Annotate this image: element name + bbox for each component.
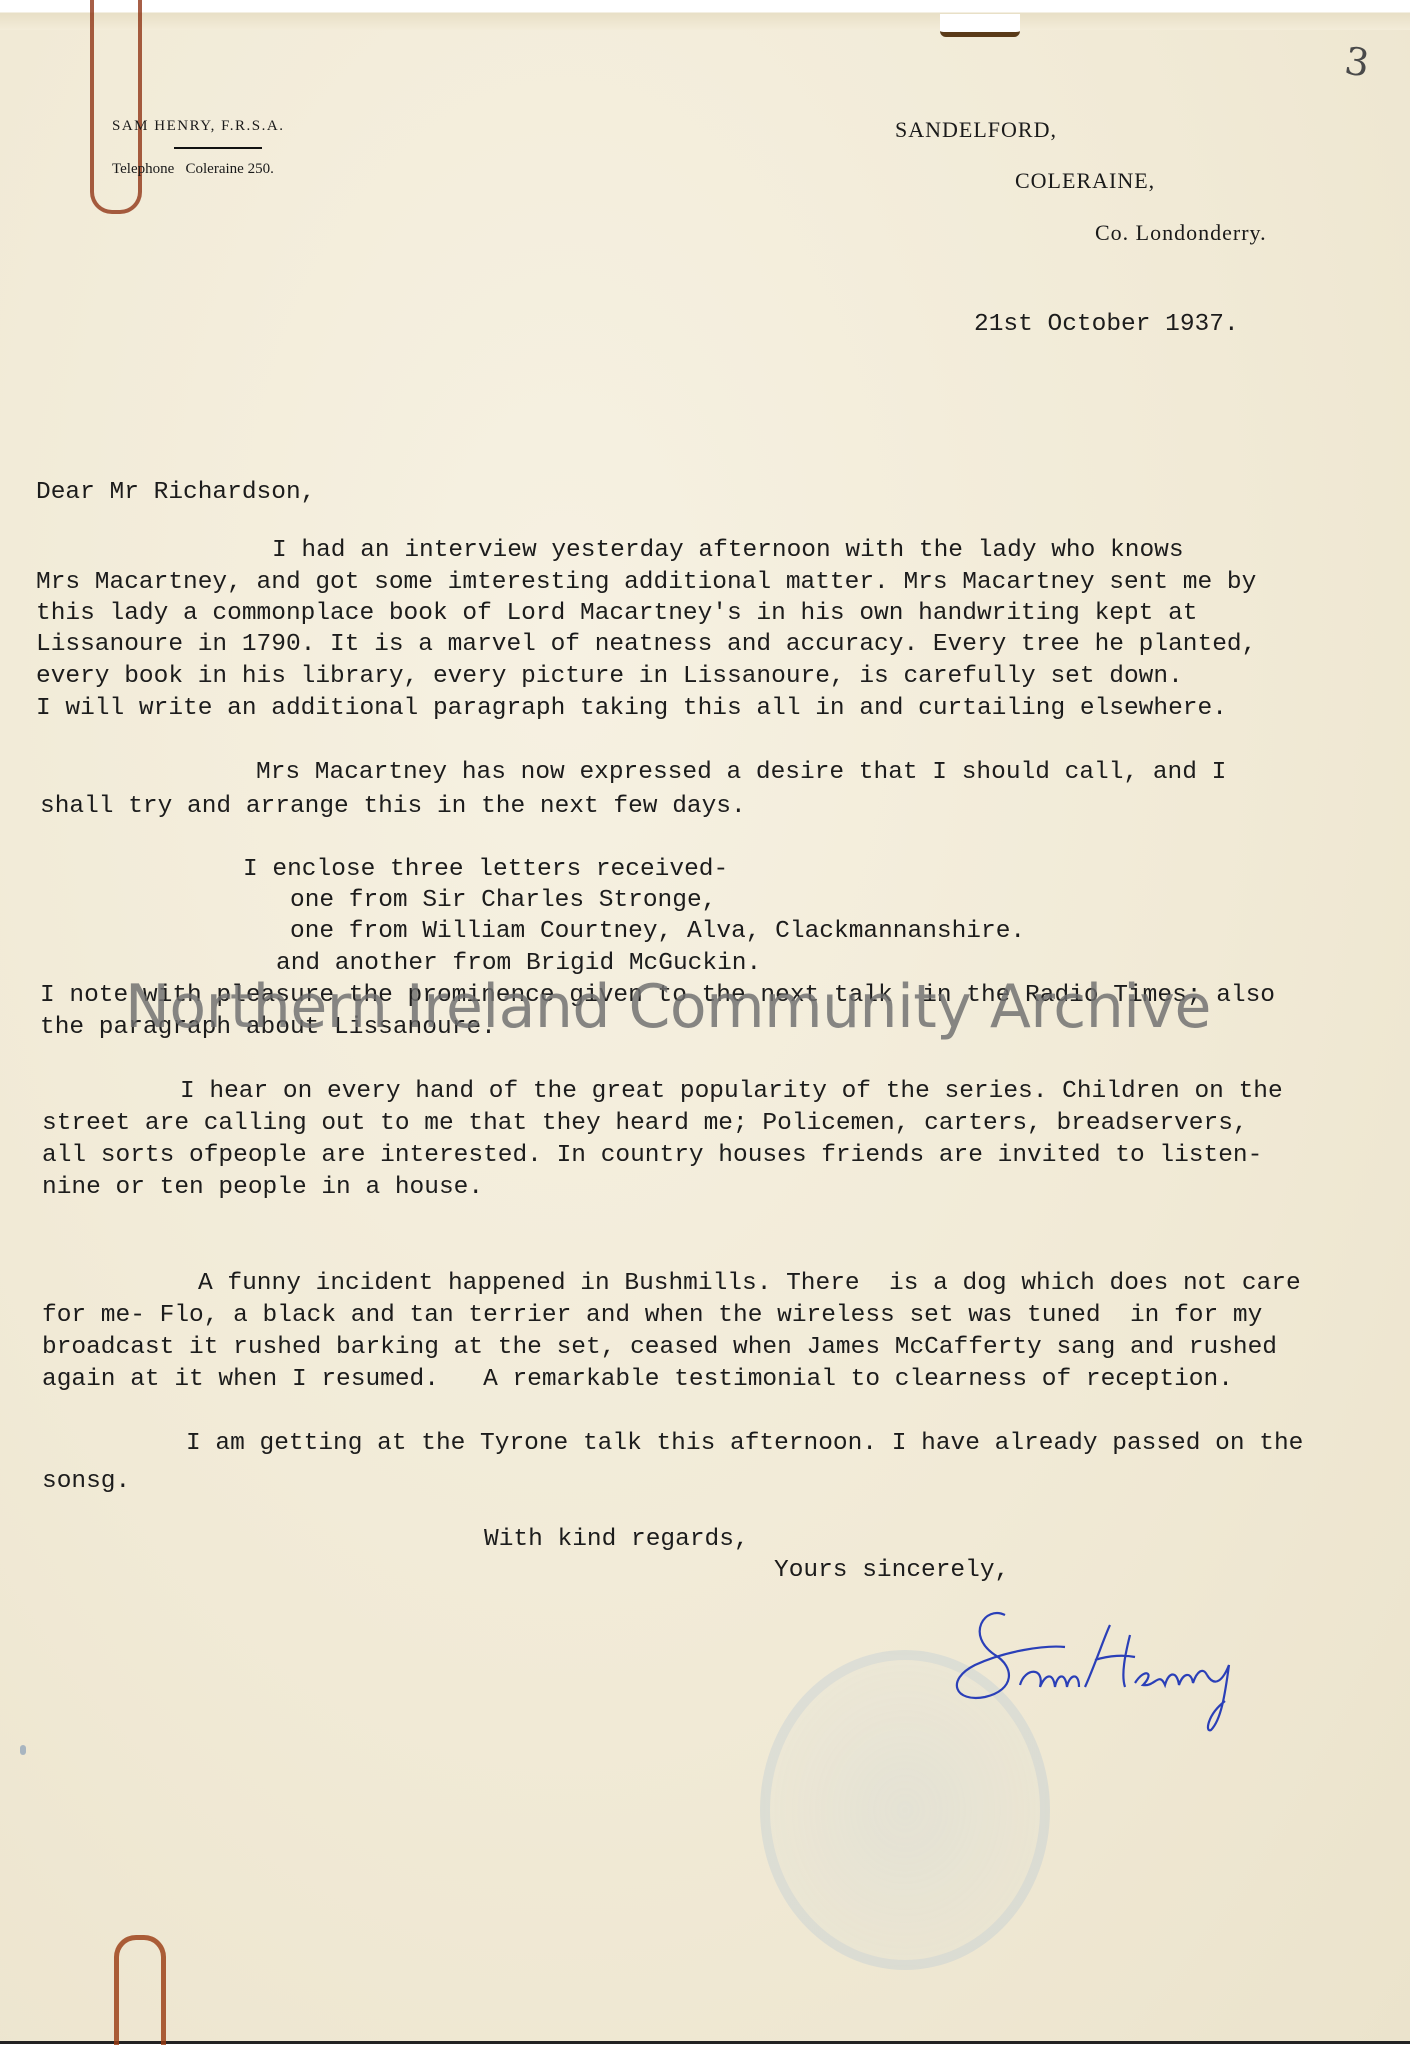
address-line-2: COLERAINE, [1015,168,1155,194]
text-line: for me- Flo, a black and tan terrier and… [42,1300,1262,1331]
text-line: again at it when I resumed. A remarkable… [42,1364,1233,1395]
closing-regards: With kind regards, [484,1524,749,1555]
text-line: I will write an additional paragraph tak… [36,693,1227,724]
letterhead-telephone: Telephone Coleraine 250. [112,161,352,178]
text-line: I hear on every hand of the great popula… [180,1076,1283,1107]
archive-watermark: Northern Ireland Community Archive [125,972,1211,1042]
letterhead-name: SAM HENRY, F.R.S.A. [112,118,352,135]
text-line: nine or ten people in a house. [42,1172,483,1203]
paper-notch [940,14,1020,37]
text-line: street are calling out to me that they h… [42,1108,1248,1139]
ink-speck [20,1745,26,1755]
text-line: Mrs Macartney has now expressed a desire… [256,757,1226,788]
text-line: broadcast it rushed barking at the set, … [42,1332,1277,1363]
text-line: every book in his library, every picture… [36,661,1183,692]
text-line: one from Sir Charles Stronge, [290,885,716,916]
address-line-3: Co. Londonderry. [1095,220,1267,246]
text-line: this lady a commonplace book of Lord Mac… [36,598,1198,629]
letterhead: SAM HENRY, F.R.S.A. Telephone Coleraine … [112,118,352,178]
text-line: I had an interview yesterday afternoon w… [272,535,1184,566]
signature [945,1605,1295,1725]
closing-sign-off: Yours sincerely, [774,1555,1009,1586]
address-line-1: SANDELFORD, [895,117,1057,143]
text-line: Lissanoure in 1790. It is a marvel of ne… [36,629,1256,660]
letter-date: 21st October 1937. [974,309,1239,340]
salutation: Dear Mr Richardson, [36,477,315,508]
paperclip-rust-stain-bottom [114,1935,166,2045]
text-line: shall try and arrange this in the next f… [40,791,746,822]
text-line: all sorts ofpeople are interested. In co… [42,1140,1262,1171]
text-line: one from William Courtney, Alva, Clackma… [290,916,1025,947]
text-line: I enclose three letters received- [243,854,728,885]
text-line: A funny incident happened in Bushmills. … [198,1268,1301,1299]
text-line: sonsg. [42,1466,130,1497]
letterhead-divider [174,147,262,149]
paperclip-rust-stain-top [90,0,142,214]
text-line: Mrs Macartney, and got some imteresting … [36,567,1256,598]
text-line: I am getting at the Tyrone talk this aft… [186,1428,1303,1459]
signature-icon [945,1605,1295,1735]
torn-top-edge [0,0,1410,30]
